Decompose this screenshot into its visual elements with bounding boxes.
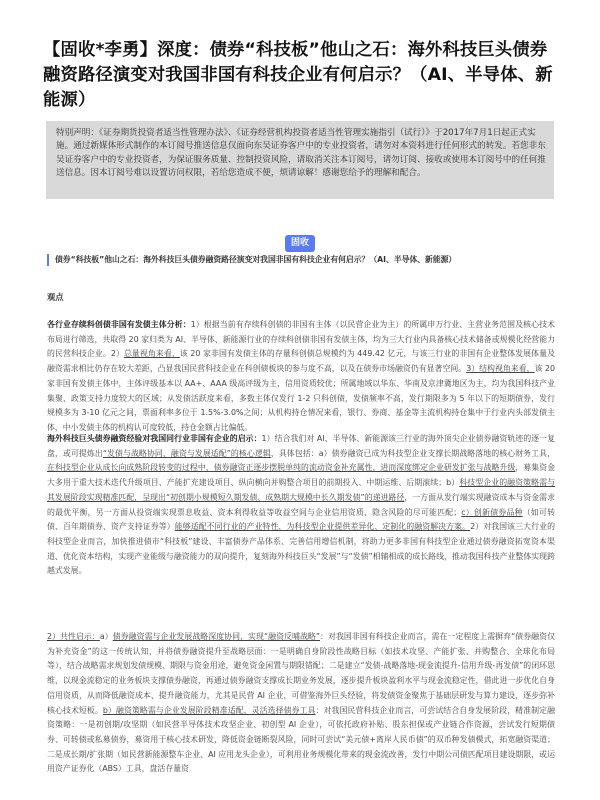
text-span: a）	[100, 632, 113, 641]
underlined-text: b）融资策略需与企业发展阶段精准适配，灵活选择债券工具	[103, 706, 316, 715]
section-heading-viewpoint: 观点	[47, 291, 64, 303]
paragraph-common-insights: 2）共性启示：a）债券融资需与企业发展战略深度协同，实现“融资反哺战略”：对我国…	[47, 630, 555, 777]
underlined-text: 2）共性启示：	[47, 632, 100, 641]
page-title: 【固收*李勇】深度：债券“科技板”他山之石：海外科技巨头债券融资路径演变对我国非…	[43, 38, 563, 113]
underlined-text: c）创新债券品种	[461, 508, 522, 517]
text-span: ，具体包括：a）债券融资已成为科技型企业支撑长期战略落地的核心财务工具，	[271, 449, 555, 458]
tag-container: 固收	[0, 230, 600, 252]
text-span: ：对我国非国有科技企业而言，需在一定程度上需摒弃“债券融资仅为补充资金”的这一传…	[47, 632, 555, 715]
article-subtitle: 债券“科技板”他山之石：海外科技巨头债券融资路径演变对我国非国有科技企业有何启示…	[47, 254, 575, 266]
underlined-text: 3）结构视角来看，	[466, 364, 534, 373]
underlined-text: 在科技型企业从成长向成熟阶段转变的过程中，债券融资正逐步摆脱单纯的流动资金补充属…	[47, 463, 515, 472]
underlined-text: 债券融资需与企业发展战略深度协同，实现“融资反哺战略”	[113, 632, 320, 641]
paragraph-lead: 海外科技巨头债券融资经验对我国同行业非国有企业的启示：	[47, 434, 262, 443]
paragraph-lead: 各行业存续科创债非国有发债主体分析：	[47, 320, 191, 329]
underlined-text: 总量视角来看，	[124, 349, 180, 358]
underlined-text: 能够适配不同行业的产业特性，为科技型企业提供差异化、定制化的融资解决方案。	[175, 522, 470, 531]
paragraph-overseas-lessons: 海外科技巨头债券融资经验对我国同行业非国有企业的启示：1）结合我们对 AI、半导…	[47, 432, 555, 579]
paragraph-issuer-analysis: 各行业存续科创债非国有发债主体分析：1）根据当前有存续科创债的非国有主体（以民营…	[47, 318, 555, 436]
disclaimer-notice: 特别声明：《证券期货投资者适当性管理办法》、《证券经营机构投资者适当性管理实施指…	[46, 121, 554, 199]
category-tag[interactable]: 固收	[285, 235, 315, 252]
underlined-text: “发债与战略协同、融资与发展适配”的核心逻辑	[103, 449, 271, 458]
text-span: 该 20 家非国有发债主体中，主体评级基本以 AA+、AAA 级高评级为主，信用…	[47, 364, 555, 432]
text-span: ：对我国民营科技企业而言，可尝试结合自身发展阶段，精准制定融资策略：一是初创期/…	[47, 706, 555, 774]
